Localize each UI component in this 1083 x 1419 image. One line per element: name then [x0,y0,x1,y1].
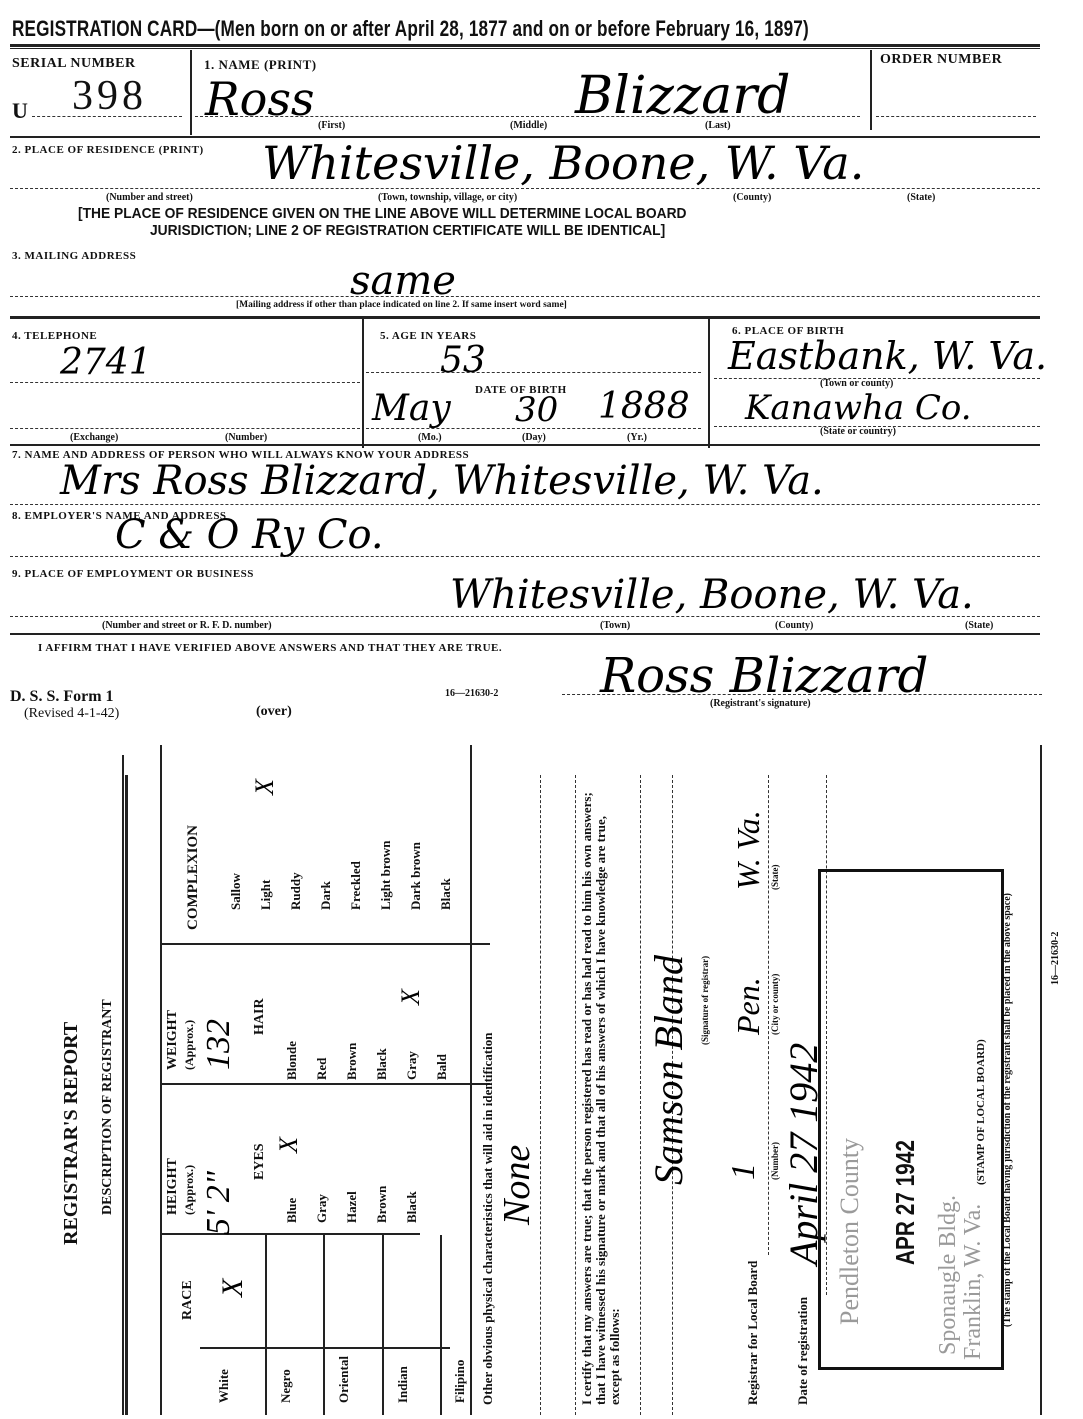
serial-number-value: 398 [72,72,147,120]
height-value: 5' 2" [200,1171,238,1235]
birthplace-state-value: Kanawha Co. [745,388,972,428]
eyes-mark: X [274,1137,304,1153]
residence-county-caption: (County) [733,192,771,203]
registrar-state: W. Va. [730,810,767,890]
dob-day-caption: (Day) [522,432,546,443]
mailing-value: same [350,258,456,304]
dob-year-value: 1888 [598,386,690,427]
eyes-option-brown[interactable]: Brown [374,1186,390,1223]
hair-option-red[interactable]: Red [314,1058,330,1080]
complexion-option-dark-brown[interactable]: Dark brown [408,842,424,910]
col-divider-age [362,318,364,448]
height-header: HEIGHT [165,1158,181,1215]
order-number-line [876,116,1036,117]
order-number-label: ORDER NUMBER [880,52,1002,68]
mailing-caption: [Mailing address if other than place ind… [236,300,567,310]
employment-town-caption: (Town) [600,620,630,631]
hair-header: HAIR [252,998,268,1035]
complexion-option-dark[interactable]: Dark [318,881,334,910]
name-middle-caption: (Middle) [510,120,547,131]
serial-line [32,116,182,117]
certify-line [640,775,641,1415]
complexion-header: COMPLEXION [185,825,202,930]
complexion-option-light-brown[interactable]: Light brown [378,841,394,910]
telephone-number-caption: (Number) [225,432,267,443]
employment-state-caption: (State) [965,620,993,631]
name-last-value: Blizzard [575,66,790,126]
race-option-oriental[interactable]: Oriental [336,1356,352,1403]
eyes-header: EYES [252,1143,268,1180]
signature-line [562,694,1042,695]
race-row-line [382,1235,384,1415]
hair-mark: X [396,989,426,1005]
residence-street-caption: (Number and street) [106,192,193,203]
complexion-option-black[interactable]: Black [438,878,454,910]
hair-option-brown[interactable]: Brown [344,1043,360,1080]
report-border [125,775,128,1415]
name-last-caption: (Last) [705,120,731,131]
complexion-option-light[interactable]: Light [258,880,274,910]
registrar-number: 1 [725,1163,763,1180]
dob-year-caption: (Yr.) [627,432,647,443]
telephone-value: 2741 [60,342,152,383]
report-subtitle: DESCRIPTION OF REGISTRANT [100,999,116,1215]
residence-label: 2. PLACE OF RESIDENCE (Print) [12,144,204,156]
registrar-number-caption: (Number) [770,1142,780,1180]
other-characteristics-value: None [495,1145,539,1225]
registrar-signature: Samson Bland [645,955,692,1185]
serial-prefix: U [12,98,28,124]
residence-value: Whitesville, Boone, W. Va. [262,136,864,190]
employment-place-value: Whitesville, Boone, W. Va. [450,572,974,618]
race-header: RACE [180,1280,196,1320]
registrar-label: Registrar for Local Board [745,1261,761,1405]
contact-value: Mrs Ross Blizzard, Whitesville, W. Va. [60,458,824,504]
serial-divider [190,50,192,135]
report-code: 16—21630-2 [1050,932,1061,985]
dob-day-value: 30 [515,390,558,430]
race-option-negro[interactable]: Negro [278,1369,294,1403]
race-mark: X [216,1279,250,1297]
race-option-indian[interactable]: Indian [395,1366,411,1403]
weight-value: 132 [200,1019,238,1070]
race-option-white[interactable]: White [216,1369,232,1403]
complexion-option-freckled[interactable]: Freckled [348,861,364,910]
employment-street-caption: (Number and street or R. F. D. number) [102,620,272,631]
form-code: 16—21630-2 [445,688,498,699]
height-col-divider [160,1084,490,1086]
residence-state-caption: (State) [907,192,935,203]
race-inner-divider [200,1348,450,1350]
title-divider-thin [10,48,1040,49]
hair-option-gray[interactable]: Gray [404,1051,420,1080]
name-line [195,116,860,117]
telephone-line-2 [10,428,360,429]
other-line-2 [575,775,576,1415]
card-title: REGISTRATION CARD—(Men born on or after … [12,16,809,42]
registrar-city: Pen. [730,977,767,1035]
employment-place-label: 9. PLACE OF EMPLOYMENT OR BUSINESS [12,568,254,580]
age-value: 53 [440,340,486,381]
col-divider-birth [708,318,710,448]
employment-county-caption: (County) [775,620,813,631]
row-divider-2 [10,316,1040,319]
dob-line [366,428,701,429]
stamp-building: Sponaugle Bldg. [935,1195,962,1355]
registrar-line [768,775,769,1255]
name-label: 1. NAME (Print) [204,57,317,73]
serial-number-label: SERIAL NUMBER [12,56,136,72]
residence-notice-2: JURISDICTION; LINE 2 OF REGISTRATION CER… [150,222,665,239]
stamp-city: Franklin, W. Va. [960,1204,987,1360]
mailing-label: 3. MAILING ADDRESS [12,250,136,262]
weight-header: WEIGHT [165,1010,181,1070]
stamp-caption: (STAMP OF LOCAL BOARD) [975,1039,987,1185]
telephone-line [10,382,360,383]
dob-month-caption: (Mo.) [418,432,442,443]
height-sub: (Approx.) [182,1165,197,1215]
table-bottom-line [470,745,472,1415]
form-revised: (Revised 4-1-42) [24,706,119,722]
complexion-mark: X [250,779,280,795]
contact-line [10,504,1040,505]
race-row-line [440,1235,442,1415]
order-divider [870,50,872,130]
registrar-state-caption: (State) [770,865,780,891]
race-col-divider [160,1234,420,1236]
registrar-signature-caption: (Signature of registrar) [700,956,710,1045]
registrant-signature: Ross Blizzard [600,648,928,704]
stamp-county: Pendleton County [835,1138,865,1325]
registrar-city-caption: (City or county) [770,974,780,1035]
birthplace-state-caption: (State or country) [820,426,896,437]
employer-line [10,556,1040,557]
complexion-option-sallow[interactable]: Sallow [228,873,244,910]
report-title: REGISTRAR'S REPORT [60,1022,83,1245]
eyes-option-black[interactable]: Black [404,1191,420,1223]
title-divider [10,44,1040,47]
complexion-option-ruddy[interactable]: Ruddy [288,872,304,910]
race-row-line [265,1235,267,1415]
race-row-line [323,1235,325,1415]
table-top-line [160,745,162,1415]
affirm-text: I AFFIRM THAT I HAVE VERIFIED ABOVE ANSW… [38,642,502,654]
row-divider-3 [10,444,1040,446]
eyes-option-gray[interactable]: Gray [314,1194,330,1223]
name-first-value: Ross [205,72,315,126]
date-registration-label: Date of registration [795,1297,811,1405]
telephone-exchange-caption: (Exchange) [70,432,118,443]
hair-option-bald[interactable]: Bald [434,1054,450,1080]
birthplace-town-value: Eastbank, W. Va. [728,334,1047,378]
name-first-caption: (First) [318,120,345,131]
mailing-line [10,296,1040,297]
registrars-report: REGISTRAR'S REPORT DESCRIPTION OF REGIST… [40,745,1080,1415]
form-over: (over) [256,704,292,720]
residence-town-caption: (Town, township, village, or city) [378,192,517,203]
weight-sub: (Approx.) [182,1020,197,1070]
eyes-option-blue[interactable]: Blue [284,1198,300,1223]
signature-caption: (Registrant's signature) [710,698,811,709]
race-option-filipino[interactable]: Filipino [452,1360,468,1403]
telephone-label: 4. TELEPHONE [12,330,97,342]
hair-option-blonde[interactable]: Blonde [284,1041,300,1080]
employer-value: C & O Ry Co. [115,512,384,558]
form-name: D. S. S. Form 1 [10,688,114,706]
header-line [122,755,124,1415]
report-right-border [1040,745,1042,1415]
employment-place-line [10,616,1040,617]
other-characteristics-label: Other obvious physical characteristics t… [480,1033,496,1405]
residence-line [10,188,1040,189]
weight-col-divider [160,944,490,946]
residence-notice-1: [THE PLACE OF RESIDENCE GIVEN ON THE LIN… [78,205,687,222]
age-line [366,372,701,373]
stamp-note: (The stamp of the Local Board having jur… [1002,860,1014,1360]
dob-month-value: May [372,388,451,429]
hair-option-black[interactable]: Black [374,1048,390,1080]
other-line [540,775,541,1415]
stamp-date: APR 27 1942 [890,1140,921,1265]
certify-text: I certify that my answers are true; that… [580,785,622,1405]
eyes-option-hazel[interactable]: Hazel [344,1191,360,1223]
row-divider-4 [10,633,1040,635]
